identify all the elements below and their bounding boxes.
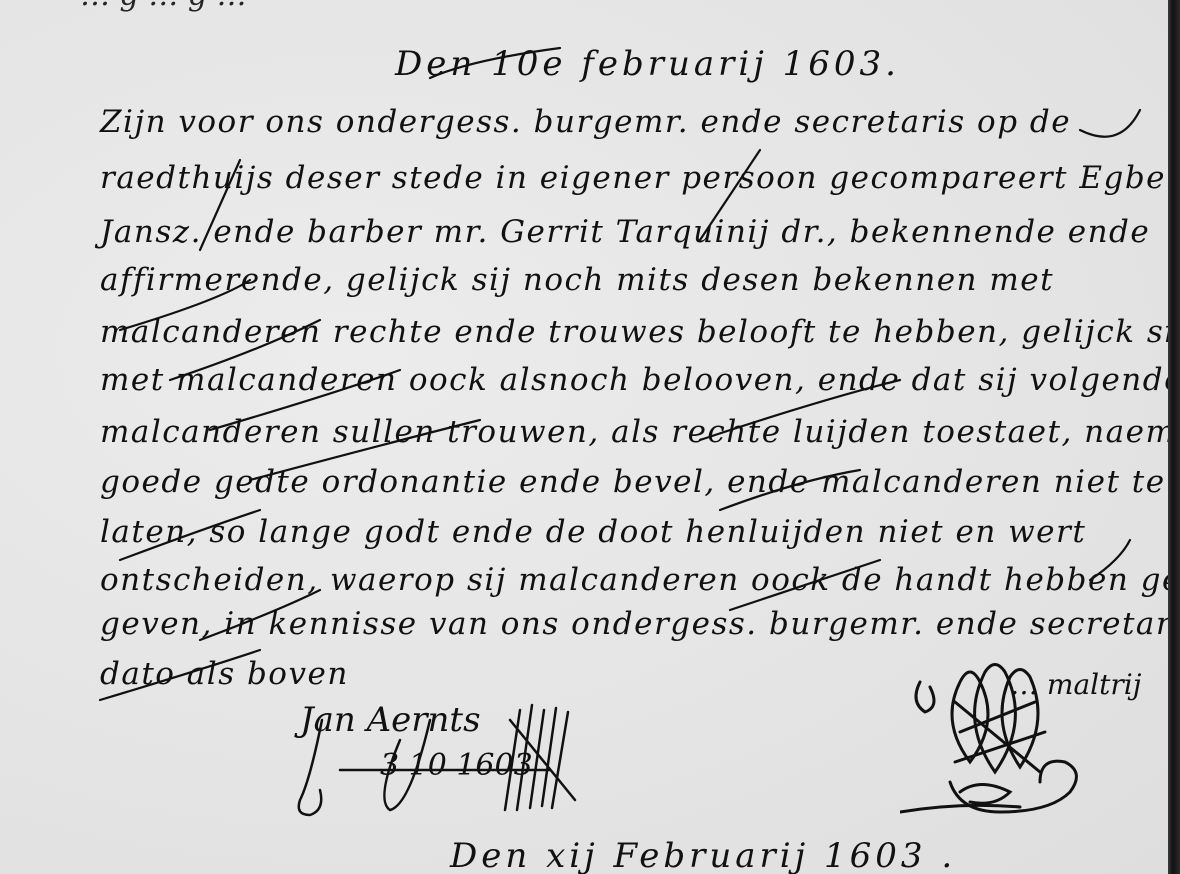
body-line-11: geven, in kennisse van ons ondergess. bu… xyxy=(100,606,1180,642)
body-line-6: met malcanderen oock alsnoch belooven, e… xyxy=(100,362,1180,398)
next-entry-heading: Den xij Februarij 1603 . xyxy=(450,836,956,874)
body-line-7: malcanderen sullen trouwen, als rechte l… xyxy=(100,414,1180,450)
body-line-2: raedthuijs deser stede in eigener persoo… xyxy=(100,160,1180,196)
body-line-3: Jansz. ende barber mr. Gerrit Tarquinij … xyxy=(100,214,1150,250)
entry-date-heading: Den 10e februarij 1603. xyxy=(395,44,900,84)
signature-right-notarial-mark xyxy=(900,662,1100,832)
manuscript-page: … g … g … Den 10e februarij 1603. Zijn v… xyxy=(0,0,1168,874)
book-binding-edge xyxy=(1168,0,1180,874)
body-line-10: ontscheiden, waerop sij malcanderen oock… xyxy=(100,562,1180,598)
body-line-5: malcanderen rechte ende trouwes belooft … xyxy=(100,314,1180,350)
body-line-12: dato als boven xyxy=(100,656,349,692)
body-line-9: laten, so lange godt ende de doot henlui… xyxy=(100,514,1086,550)
body-line-4: affirmerende, gelijck sij noch mits dese… xyxy=(100,262,1054,298)
body-line-1: Zijn voor ons ondergess. burgemr. ende s… xyxy=(100,104,1071,140)
cropped-previous-line: … g … g … xyxy=(80,0,247,13)
body-line-8: goede gedte ordonantie ende bevel, ende … xyxy=(100,464,1180,500)
signature-left-flourish xyxy=(280,690,600,830)
